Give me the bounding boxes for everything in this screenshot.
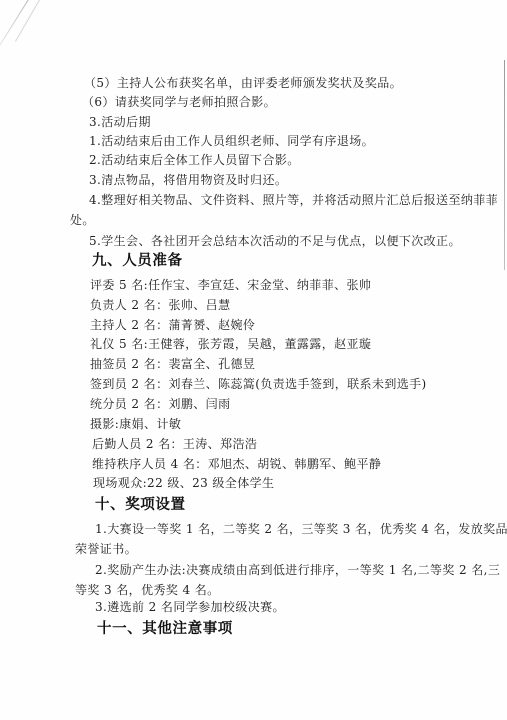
award-item: 1.大赛设一等奖 1 名，二等奖 2 名，三等奖 3 名，优秀奖 4 名，发放奖…: [95, 522, 507, 536]
scanned-document-page: （5）主持人公布获奖名单，由评委老师颁发奖状及奖品。 （6）请获奖同学与老师拍照…: [0, 0, 507, 720]
section-10-heading: 十、奖项设置: [95, 497, 186, 514]
section-3-item: 5.学生会、各社团开会总结本次活动的不足与优点，以便下次改正。: [89, 234, 461, 248]
award-item: 3.遴选前 2 名同学参加校级决赛。: [95, 600, 285, 614]
award-item-continued: 荣誉证书。: [75, 542, 137, 556]
staff-item: 礼仪 5 名:王健蓉，张芳霞，吴越，董露露，赵亚璇: [90, 337, 371, 351]
staff-item: 后勤人员 2 名：王涛、郑浩浩: [92, 437, 257, 451]
section-3-title: 3.活动后期: [89, 115, 151, 129]
section-3-item: 3.清点物品，将借用物资及时归还。: [89, 173, 287, 187]
staff-item: 签到员 2 名：刘春兰、陈蕊篙(负责选手签到，联系未到选手): [90, 377, 427, 391]
step-5-text: （5）主持人公布获奖名单，由评委老师颁发奖状及奖品。: [84, 76, 402, 90]
staff-item: 维持秩序人员 4 名：邓旭杰、胡锐、韩鹏军、鲍平静: [92, 457, 381, 471]
award-item-continued: 等奖 3 名，优秀奖 4 名。: [75, 583, 220, 597]
award-item: 2.奖励产生办法:决赛成绩由高到低进行排序，一等奖 1 名,二等奖 2 名,三: [95, 563, 500, 577]
staff-item: 评委 5 名:任作宝、李宣廷、宋金堂、纳菲菲、张帅: [90, 278, 371, 292]
section-3-item: 4.整理好相关物品、文件资料、照片等，并将活动照片汇总后报送至纳菲菲: [89, 193, 498, 207]
section-9-heading: 九、人员准备: [92, 253, 183, 270]
step-6-text: （6）请获奖同学与老师拍照合影。: [82, 95, 276, 109]
staff-item: 负责人 2 名：张帅、吕慧: [90, 298, 230, 312]
scan-artifact-line: [15, 0, 41, 42]
section-11-heading: 十一、其他注意事项: [97, 621, 233, 638]
staff-item: 主持人 2 名：蒲菁赟、赵婉伶: [90, 318, 255, 332]
scan-artifact-line: [0, 0, 31, 56]
staff-item: 现场观众:22 级、23 级全体学生: [93, 476, 274, 490]
section-3-item: 2.活动结束后全体工作人员留下合影。: [89, 153, 300, 167]
staff-item: 统分员 2 名：刘鹏、闫雨: [90, 397, 230, 411]
section-3-item-continued: 处。: [70, 213, 95, 227]
section-3-item: 1.活动结束后由工作人员组织老师、同学有序退场。: [89, 134, 374, 148]
staff-item: 抽签员 2 名：裴富全、孔德昱: [90, 357, 255, 371]
staff-item: 摄影:康娟、计敏: [90, 417, 181, 431]
scan-edge-line: [504, 60, 505, 270]
